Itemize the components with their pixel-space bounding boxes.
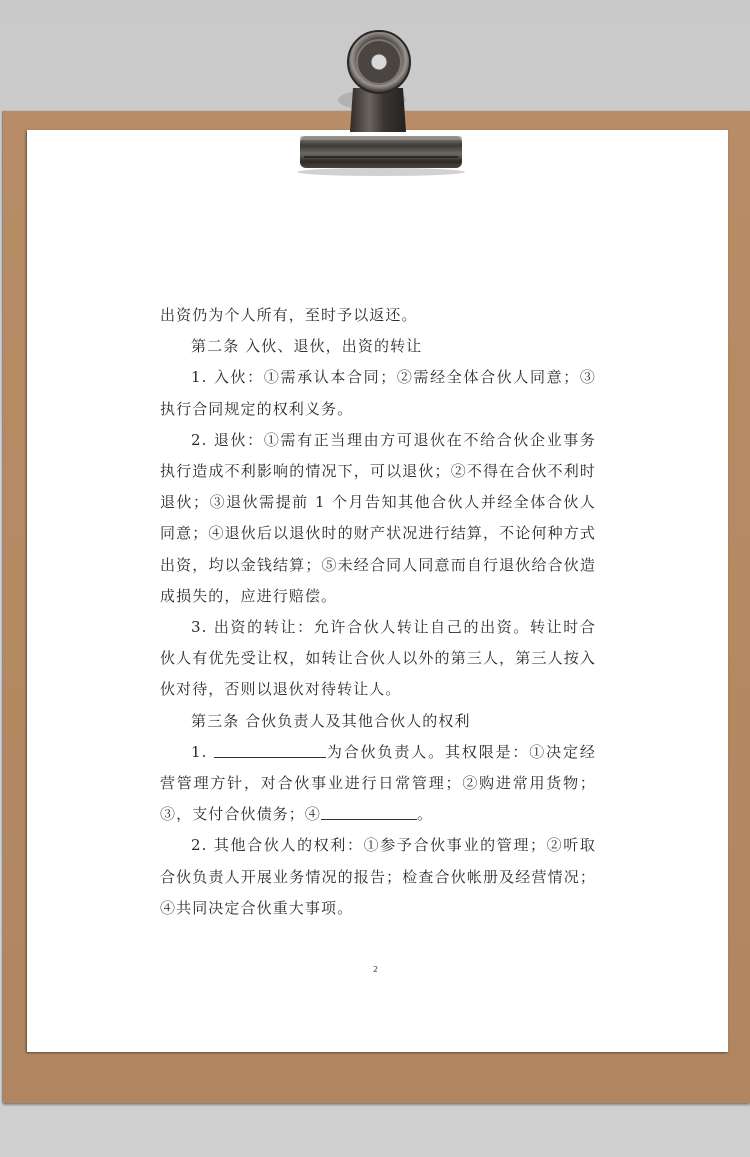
section-heading-article-3: 第三条 合伙负责人及其他合伙人的权利 <box>160 706 596 737</box>
item-prefix: 1. <box>191 743 214 761</box>
fill-in-blank-responsible-person[interactable] <box>214 743 326 758</box>
section-heading-article-2: 第二条 入伙、退伙，出资的转让 <box>160 331 596 362</box>
page-number: 2 <box>373 965 378 974</box>
paragraph-continuation: 出资仍为个人所有，至时予以返还。 <box>160 300 596 331</box>
item-suffix: 。 <box>417 805 433 823</box>
paragraph-withdrawal: 2. 退伙：①需有正当理由方可退伙在不给合伙企业事务执行造成不利影响的情况下，可… <box>160 425 596 612</box>
fill-in-blank-authority-4[interactable] <box>321 805 417 820</box>
paragraph-other-partner-rights: 2. 其他合伙人的权利：①参予合伙事业的管理；②听取合伙负责人开展业务情况的报告… <box>160 830 596 924</box>
paragraph-capital-transfer: 3. 出资的转让：允许合伙人转让自己的出资。转让时合伙人有优先受让权，如转让合伙… <box>160 612 596 706</box>
paragraph-joining: 1. 入伙：①需承认本合同；②需经全体合伙人同意；③执行合同规定的权利义务。 <box>160 362 596 424</box>
paragraph-partner-in-charge: 1. 为合伙负责人。其权限是：①决定经营管理方针，对合伙事业进行日常管理；②购进… <box>160 737 596 831</box>
document-body: 出资仍为个人所有，至时予以返还。 第二条 入伙、退伙，出资的转让 1. 入伙：①… <box>160 300 596 924</box>
